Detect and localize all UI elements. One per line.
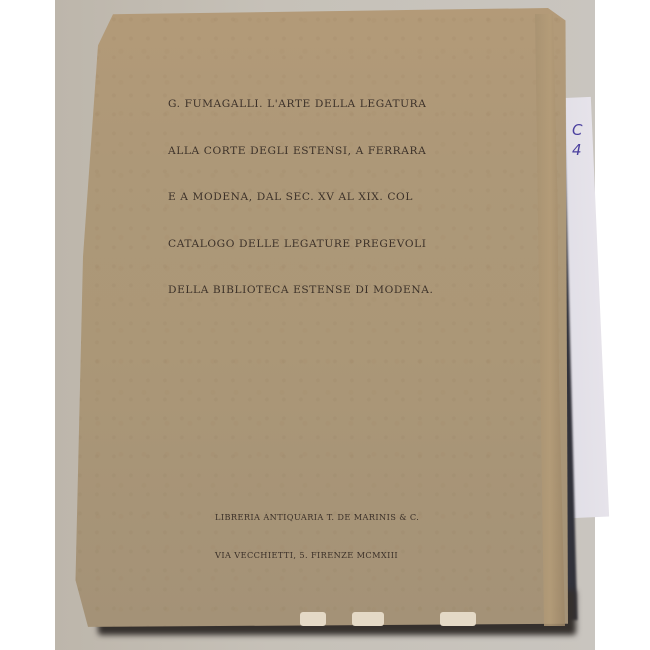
title-line: DELLA BIBLIOTECA ESTENSE DI MODENA.: [168, 283, 468, 299]
publisher-line: VIA VECCHIETTI, 5. FIRENZE MCMXIII: [215, 549, 445, 562]
publisher-line: LIBRERIA ANTIQUARIA T. DE MARINIS & C.: [215, 511, 445, 524]
handwritten-note-text: C 4: [572, 120, 602, 160]
cover-publisher: LIBRERIA ANTIQUARIA T. DE MARINIS & C. V…: [215, 486, 445, 574]
cover-title: G. FUMAGALLI. L'ARTE DELLA LEGATURA ALLA…: [168, 66, 468, 314]
title-line: E A MODENA, DAL SEC. XV AL XIX. COL: [168, 190, 468, 206]
note-char: C: [572, 121, 583, 139]
torn-edge: [440, 612, 476, 626]
title-line: CATALOGO DELLE LEGATURE PREGEVOLI: [168, 237, 468, 253]
torn-edge: [352, 612, 384, 626]
torn-edge: [300, 612, 326, 626]
title-line: G. FUMAGALLI. L'ARTE DELLA LEGATURA: [168, 97, 468, 113]
note-char: 4: [572, 141, 583, 159]
title-line: ALLA CORTE DEGLI ESTENSI, A FERRARA: [168, 144, 468, 160]
